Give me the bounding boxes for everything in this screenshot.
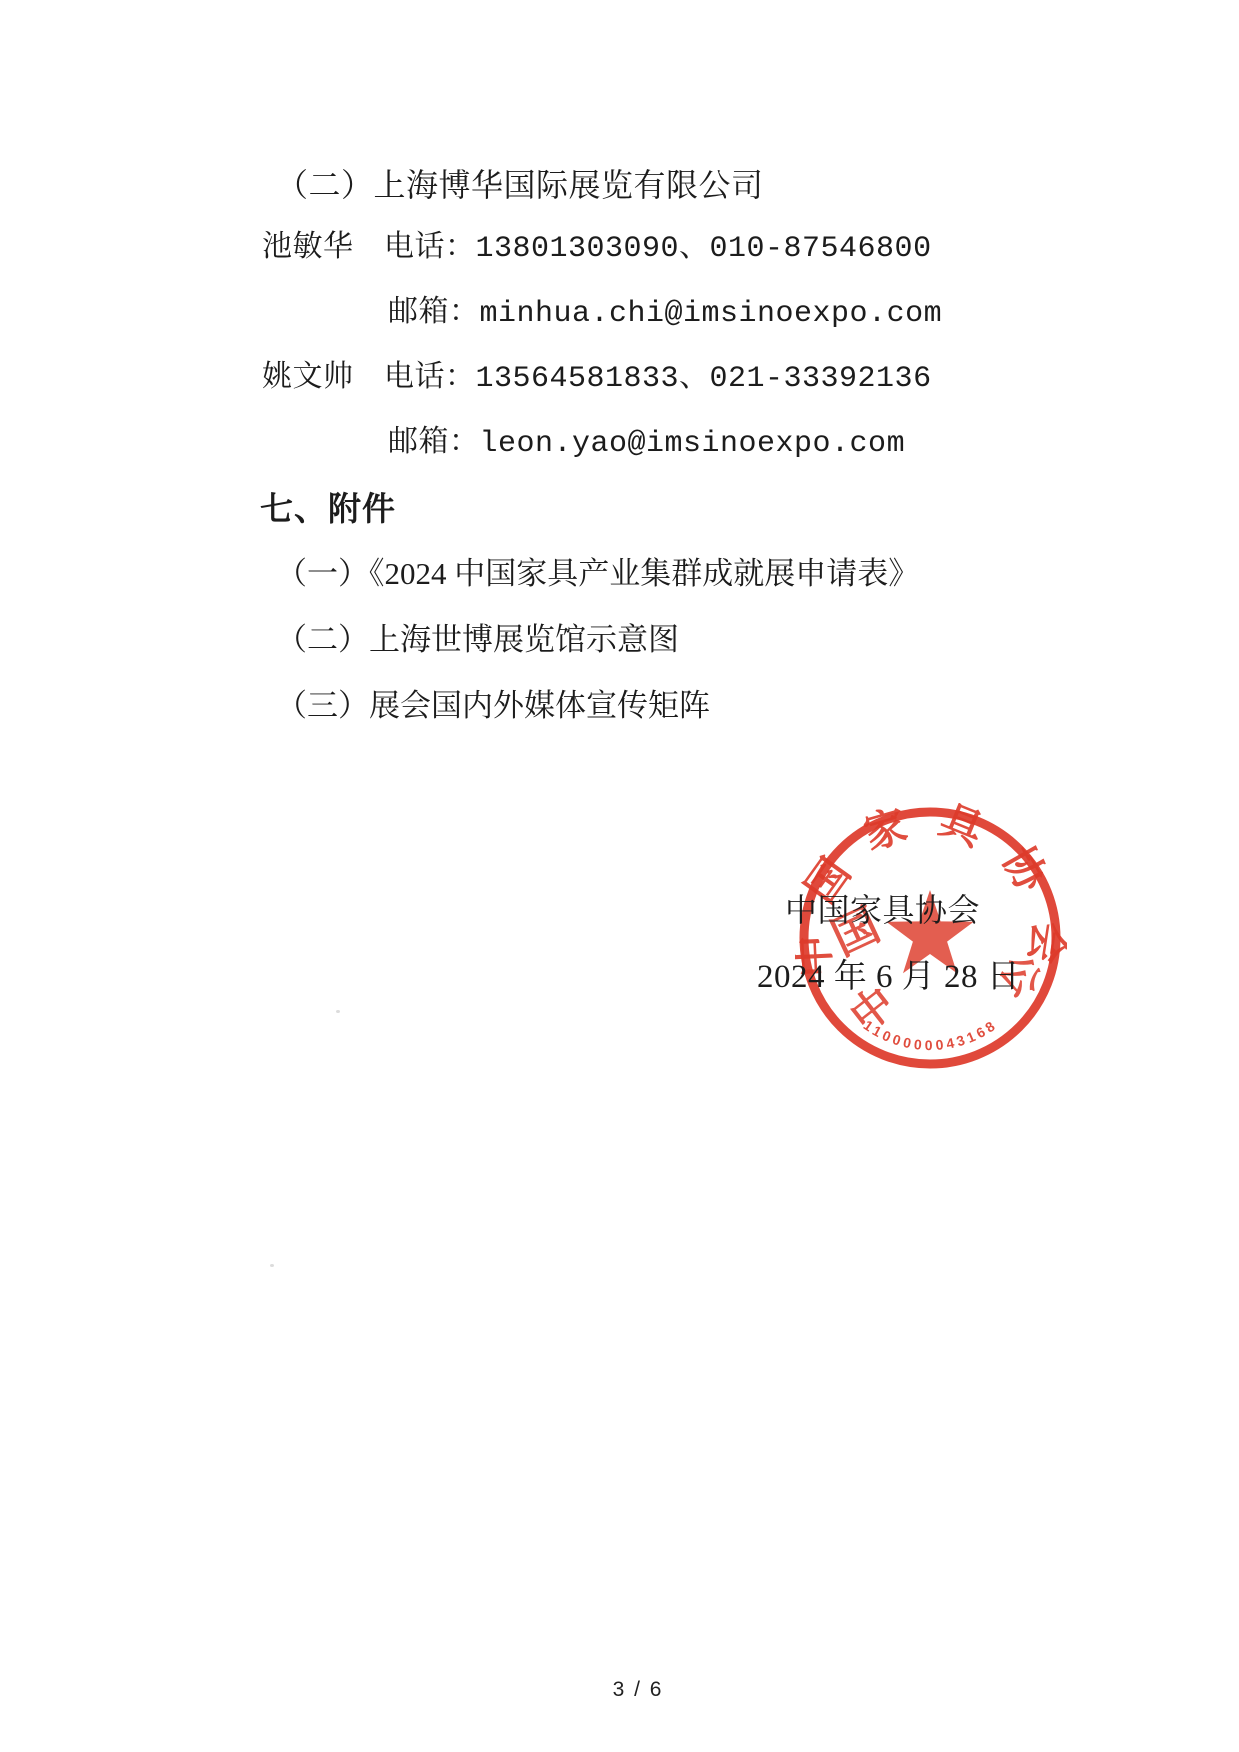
text-line-phone-chi: 池敏华 电话：13801303090、010-87546800 <box>262 231 932 269</box>
signature-organization: 中国家具协会 <box>785 885 980 931</box>
page-number: 3 / 6 <box>578 1678 698 1702</box>
scan-artifact-speck <box>336 1010 340 1013</box>
text-line-email-yao: 邮箱：leon.yao@imsinoexpo.com <box>388 426 905 464</box>
seal-graphic: 中国家具协会 1100000043168 国 中 公 <box>795 803 1067 1075</box>
attachment-item-3: （三）展会国内外媒体宣传矩阵 <box>276 687 710 726</box>
attachment-item-1: （一）《2024 中国家具产业集群成就展申请表》 <box>276 555 919 594</box>
text-line-company: （二）上海博华国际展览有限公司 <box>276 165 764 205</box>
scan-artifact-speck <box>270 1264 274 1267</box>
text-line-email-chi: 邮箱：minhua.chi@imsinoexpo.com <box>388 296 942 334</box>
attachment-item-2: （二）上海世博展览馆示意图 <box>276 621 679 660</box>
official-seal-stamp: 中国家具协会 1100000043168 国 中 公 <box>795 803 1067 1075</box>
section-heading-attachments: 七、附件 <box>260 488 396 529</box>
signature-date: 2024 年 6 月 28 日 <box>757 950 1020 997</box>
document-page: （二）上海博华国际展览有限公司 池敏华 电话：13801303090、010-8… <box>0 0 1239 1752</box>
text-line-phone-yao: 姚文帅 电话：13564581833、021-33392136 <box>262 361 932 399</box>
